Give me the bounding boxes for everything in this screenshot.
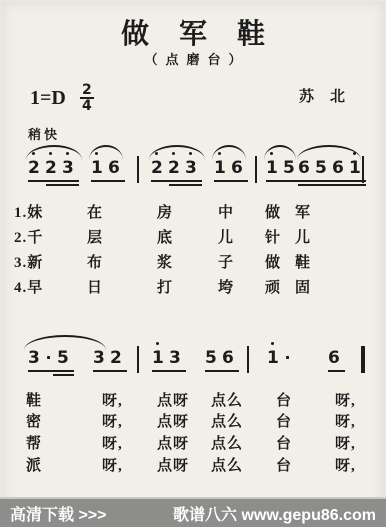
- octave-dot: [189, 152, 192, 155]
- barline: [247, 346, 249, 373]
- note-digit: 2: [28, 158, 39, 178]
- note-group: 32: [93, 348, 127, 382]
- verse-lyric-cell: 中: [218, 201, 234, 222]
- beam-underline: [28, 370, 74, 372]
- octave-dot: [32, 152, 35, 155]
- note-group: 15: [266, 158, 300, 192]
- footer-site-link[interactable]: 歌谱八六 www.gepu86.com: [173, 502, 376, 525]
- note-digit: 2: [168, 158, 179, 178]
- note-digit: 3: [185, 158, 196, 178]
- verse-lyric-cell: 2.千: [14, 226, 43, 247]
- beam-underline: [93, 370, 127, 372]
- refrain-lyric-cell: 点呀: [157, 454, 189, 475]
- song-title: 做军鞋: [0, 12, 386, 52]
- refrain-lyric-cell: 呀,: [335, 389, 356, 410]
- beam-underline: [152, 370, 186, 372]
- refrain-lyric-cell: 鞋: [26, 389, 42, 410]
- refrain-lyric-cell: 派: [26, 454, 42, 475]
- refrain-lyric-cell: 呀,: [102, 389, 123, 410]
- beam-underline: [266, 180, 300, 182]
- octave-dot: [95, 152, 98, 155]
- refrain-lyric-cell: 点么: [211, 410, 243, 431]
- octave-dot: [270, 152, 273, 155]
- beam-underline: [298, 184, 366, 186]
- verse-lyric-cell: 1.妹: [14, 201, 43, 222]
- time-denominator: 4: [82, 100, 92, 112]
- note-digit: 5: [315, 158, 326, 178]
- time-numerator: 2: [82, 84, 92, 96]
- note-digit: 6: [231, 158, 242, 178]
- note-group: 13: [152, 348, 186, 382]
- note-digit: 5: [57, 348, 68, 368]
- music-line-2: 3·53213561·6: [0, 333, 386, 385]
- beam-underline: [46, 184, 79, 186]
- augmentation-dot: ·: [284, 348, 291, 368]
- note-group: 6561: [298, 158, 366, 192]
- verse-lyric-cell: 做: [265, 251, 281, 272]
- note-digit: 3: [93, 348, 104, 368]
- octave-dot: [271, 342, 274, 345]
- sheet-music-page: 做军鞋 （点磨台） 1=D 2 4 苏北 稍快 2231622316156561…: [0, 0, 386, 527]
- verse-lyric-cell: 做: [265, 201, 281, 222]
- beam-underline: [205, 370, 239, 372]
- refrain-lyric-cell: 台: [276, 454, 292, 475]
- beam-underline: [151, 180, 202, 182]
- refrain-lyric-cell: 台: [276, 410, 292, 431]
- octave-dot: [155, 152, 158, 155]
- note-digit: 1: [91, 158, 102, 178]
- refrain-lyric-cell: 点呀: [157, 432, 189, 453]
- beam-underline: [214, 180, 248, 182]
- note-digit: 2: [110, 348, 121, 368]
- note-digit: 2: [45, 158, 56, 178]
- refrain-lyric-cell: 点呀: [157, 410, 189, 431]
- note-digit: 6: [222, 348, 233, 368]
- note-group: 16: [91, 158, 125, 192]
- note-digit: 1: [214, 158, 225, 178]
- barline: [362, 156, 364, 183]
- note-group: 223: [151, 158, 202, 192]
- octave-dot: [156, 342, 159, 345]
- note-group: 16: [214, 158, 248, 192]
- refrain-lyric-cell: 密: [26, 410, 42, 431]
- verse-lyric-cell: 层: [87, 226, 103, 247]
- verse-lyric-cell: 固: [295, 276, 311, 297]
- beam-underline: [53, 374, 74, 376]
- verse-lyric-cell: 打: [157, 276, 173, 297]
- watermark-bar: 高清下载 >>> 歌谱八六 www.gepu86.com: [0, 497, 386, 527]
- song-subtitle: （点磨台）: [0, 49, 386, 68]
- key-label: 1=D: [30, 87, 66, 110]
- note-digit: 6: [328, 348, 339, 368]
- octave-dot: [218, 152, 221, 155]
- augmentation-dot: ·: [45, 348, 52, 368]
- verse-lyric-cell: 房: [157, 201, 173, 222]
- beam-underline: [169, 184, 202, 186]
- verse-lyric-cell: 鞋: [295, 251, 311, 272]
- verse-lyric-cell: 3.新: [14, 251, 43, 272]
- note-group: 1·: [267, 348, 296, 382]
- note-digit: 5: [283, 158, 294, 178]
- verse-lyric-cell: 4.早: [14, 276, 43, 297]
- octave-dot: [49, 152, 52, 155]
- refrain-lyric-cell: 呀,: [335, 454, 356, 475]
- beam-underline: [28, 180, 79, 182]
- note-digit: 6: [298, 158, 309, 178]
- refrain-lyric-cell: 点么: [211, 389, 243, 410]
- refrain-lyric-cell: 呀,: [335, 432, 356, 453]
- note-group: 6: [328, 348, 345, 382]
- verse-lyric-cell: 浆: [157, 251, 173, 272]
- refrain-lyric-cell: 点呀: [157, 389, 189, 410]
- note-digit: 1: [266, 158, 277, 178]
- barline: [137, 346, 139, 373]
- note-digit: 3: [169, 348, 180, 368]
- time-signature: 2 4: [80, 84, 94, 112]
- verse-lyric-cell: 军: [295, 201, 311, 222]
- note-digit: 5: [205, 348, 216, 368]
- verse-lyric-cell: 底: [157, 226, 173, 247]
- verse-lyric-cell: 布: [87, 251, 103, 272]
- verse-lyric-cell: 儿: [295, 226, 311, 247]
- beam-underline: [91, 180, 125, 182]
- refrain-lyric-cell: 台: [276, 432, 292, 453]
- verse-lyric-cell: 顽: [265, 276, 281, 297]
- refrain-lyric-cell: 呀,: [102, 432, 123, 453]
- octave-dot: [353, 152, 356, 155]
- refrain-lyric-cell: 呀,: [335, 410, 356, 431]
- end-barline: [361, 346, 365, 373]
- barline: [137, 156, 139, 183]
- refrain-lyric-cell: 点么: [211, 454, 243, 475]
- region-label: 苏北: [299, 85, 361, 106]
- verse-lyric-cell: 针: [265, 226, 281, 247]
- beam-underline: [328, 370, 345, 372]
- barline: [255, 156, 257, 183]
- note-group: 56: [205, 348, 239, 382]
- refrain-lyric-cell: 台: [276, 389, 292, 410]
- note-digit: 6: [332, 158, 343, 178]
- verse-lyric-cell: 垮: [218, 276, 234, 297]
- note-digit: 1: [267, 348, 278, 368]
- note-group: 223: [28, 158, 79, 192]
- music-line-1: 2231622316156561: [0, 143, 386, 195]
- key-signature: 1=D 2 4: [30, 84, 94, 112]
- octave-dot: [66, 152, 69, 155]
- beam-underline: [298, 180, 366, 182]
- verse-lyric-cell: 在: [87, 201, 103, 222]
- verse-lyric-cell: 子: [218, 251, 234, 272]
- refrain-lyric-cell: 帮: [26, 432, 42, 453]
- note-digit: 6: [108, 158, 119, 178]
- refrain-lyric-cell: 点么: [211, 432, 243, 453]
- note-digit: 1: [349, 158, 360, 178]
- verse-lyric-cell: 儿: [218, 226, 234, 247]
- octave-dot: [172, 152, 175, 155]
- note-digit: 1: [152, 348, 163, 368]
- refrain-lyric-cell: 呀,: [102, 454, 123, 475]
- note-digit: 3: [28, 348, 39, 368]
- tempo-marking: 稍快: [28, 124, 60, 143]
- footer-download-link[interactable]: 高清下载 >>>: [10, 502, 106, 525]
- note-digit: 2: [151, 158, 162, 178]
- note-digit: 3: [62, 158, 73, 178]
- note-group: 3·5: [28, 348, 74, 382]
- refrain-lyric-cell: 呀,: [102, 410, 123, 431]
- verse-lyric-cell: 日: [87, 276, 103, 297]
